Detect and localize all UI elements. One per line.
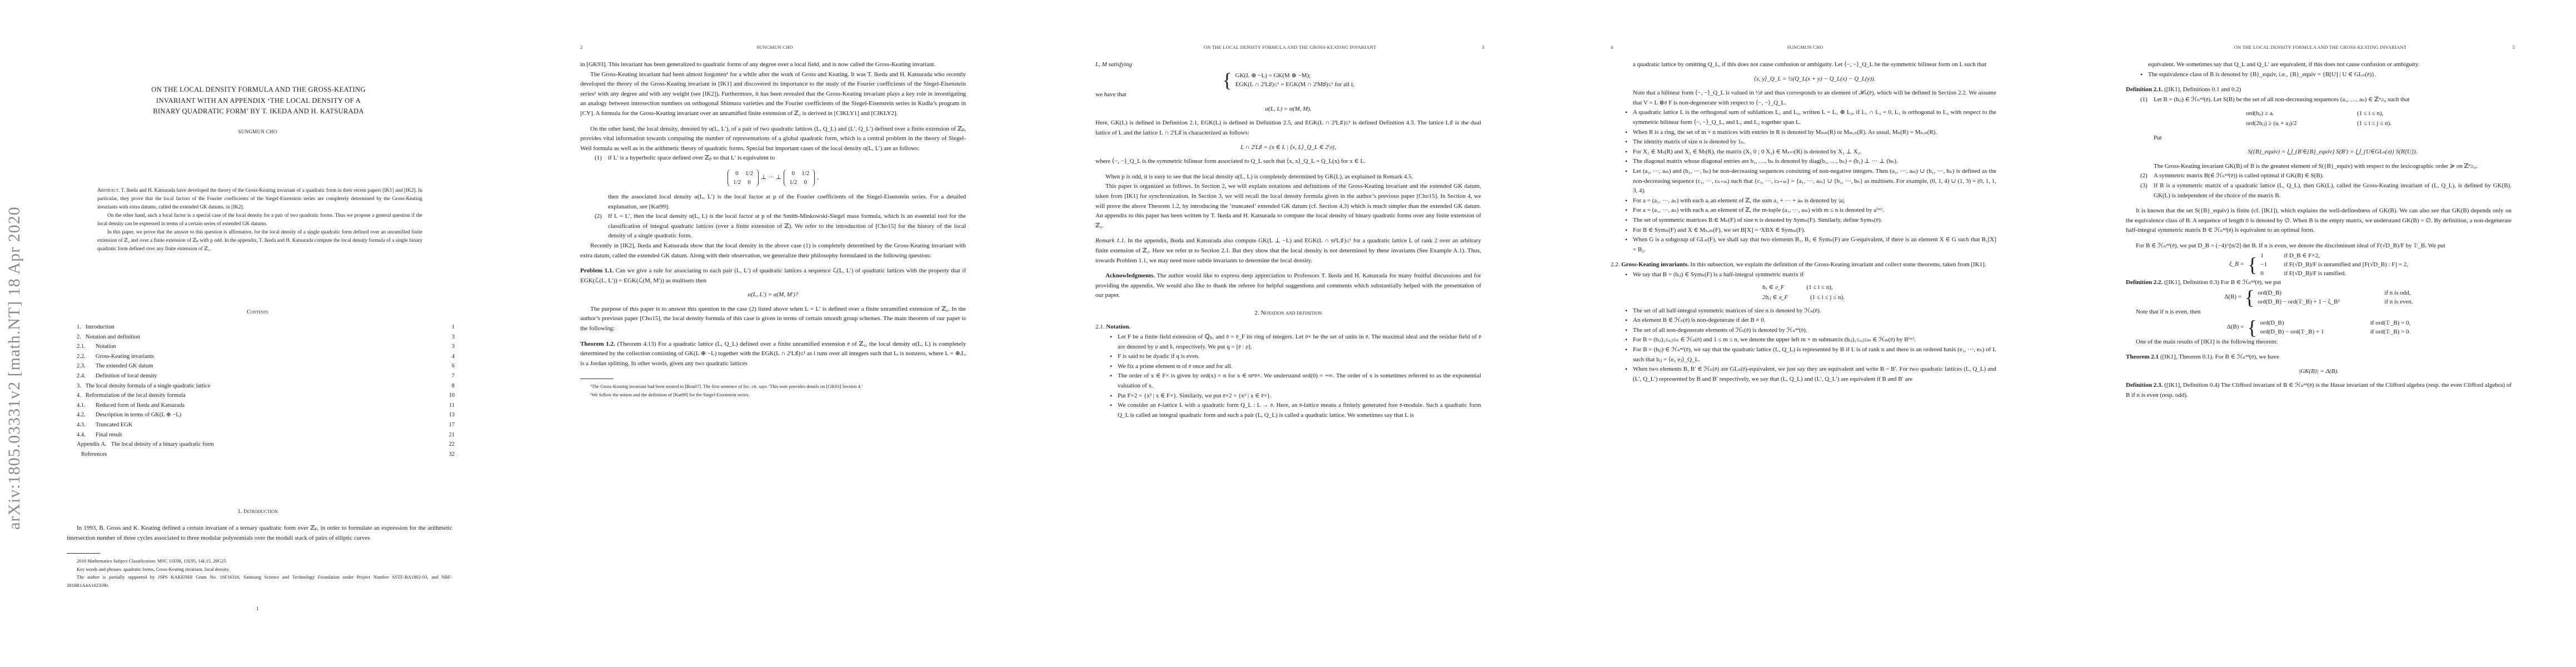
- problem-1-1: Problem 1.1. Can we give a rule for asso…: [580, 266, 966, 286]
- paper-title: ON THE LOCAL DENSITY FORMULA AND THE GRO…: [83, 84, 434, 117]
- bullet-list: Let F be a finite field extension of ℚₚ,…: [1095, 332, 1481, 420]
- abstract: Abstract. T. Ikeda and H. Katsurada have…: [97, 187, 422, 253]
- arxiv-stamp-text: arXiv:1805.03331v2 [math.NT] 18 Apr 2020: [5, 252, 24, 530]
- abstract-para: T. Ikeda and H. Katsurada have developed…: [97, 188, 422, 210]
- remark-1-1: Remark 1.1. In the appendix, Ikeda and K…: [1095, 236, 1481, 266]
- running-head-title: SUNGMUN CHO: [580, 44, 969, 50]
- section-heading-introduction: 1. Introduction: [0, 508, 515, 515]
- page-1: arXiv:1805.03331v2 [math.NT] 18 Apr 2020…: [0, 0, 515, 667]
- toc-entry[interactable]: 2.2.Gross-Keating invariants4: [77, 352, 455, 362]
- half-integral-conditions: bᵢᵢ ∈ 𝔬_F(1 ≤ i ≤ n), 2bᵢⱼ ∈ 𝔬_F(1 ≤ i ≤…: [1611, 283, 1996, 302]
- paragraph: where ⟨−, −⟩_Q_L is the symmetric biline…: [1095, 157, 1481, 167]
- bullet-item: For B ∈ Symₙ(F) and X ∈ Mₙ,ₘ(F), we set …: [1633, 226, 1996, 236]
- page-5: ON THE LOCAL DENSITY FORMULA AND THE GRO…: [2061, 0, 2576, 667]
- page-2: 2 SUNGMUN CHO in [GK93]. This invariant …: [515, 0, 1030, 667]
- bullet-item: The equivalence class of B is denoted by…: [2148, 70, 2512, 80]
- bullet-item: The set of all half-integral symmetric m…: [1633, 306, 1996, 316]
- bullet-item: The diagonal matrix whose diagonal entri…: [1633, 157, 1996, 167]
- arxiv-stamp: arXiv:1805.03331v2 [math.NT] 18 Apr 2020: [2, 106, 24, 661]
- page-body: equivalent. We sometimes say that Q_L an…: [2126, 60, 2512, 401]
- enum-item: (2)If L = L′, then the local density α(L…: [580, 212, 966, 241]
- footnotes: ¹The Gross-Keating invariant had been tr…: [580, 382, 966, 399]
- subsection-heading: 2.1. Notation.: [1095, 322, 1481, 332]
- bullet-list: The set of all half-integral symmetric m…: [1611, 306, 1996, 385]
- paragraph: One of the main results of [IK1] is the …: [2126, 337, 2512, 347]
- page-body: L, M satisfying { GK(L ⊕ −L) = GK(M ⊕ −M…: [1095, 60, 1481, 420]
- bullet-item: F is said to be dyadic if q is even.: [1118, 352, 1481, 362]
- paragraph: Note that if n is even, then: [2126, 307, 2512, 317]
- bullet-item: When R is a ring, the set of m × n matri…: [1633, 128, 1996, 138]
- paragraph: Recently in [IK2], Ikeda and Katsurada s…: [580, 241, 966, 261]
- paragraph: This paper is organized as follows. In S…: [1095, 182, 1481, 231]
- toc-entry[interactable]: Appendix A.The local density of a binary…: [77, 440, 455, 450]
- toc-entry[interactable]: 4.2.Description in terms of GK(L ⊕ −L)13: [77, 410, 455, 420]
- bullet-list: A quadratic lattice L is the orthogonal …: [1611, 108, 1996, 255]
- equation: L ∩ 2ⁱL♯ = {x ∈ L | ⟨x, L⟩_Q_L ∈ 2ⁱ𝔬},: [1095, 143, 1481, 153]
- paragraph: in [GK93]. This invariant has been gener…: [580, 60, 966, 70]
- equation: |GK(B)| = Δ(B).: [2126, 367, 2512, 377]
- paragraph: Put: [2154, 133, 2512, 143]
- footnote: ²We follow the notion and the definition…: [580, 391, 966, 399]
- bullet-item: We say that B = (bᵢⱼ) ∈ Symₙ(F) is a hal…: [1633, 270, 1996, 280]
- page-4: 4 SUNGMUN CHO a quadratic lattice by omi…: [1546, 0, 2061, 667]
- page-number: 1: [0, 606, 515, 611]
- toc-entry[interactable]: 2.4.Definition of local density7: [77, 371, 455, 381]
- bullet-item: We fix a prime element ϖ of 𝔬 once and f…: [1118, 362, 1481, 372]
- enum-item: (3)If B is a symmetric matrix of a quadr…: [2126, 181, 2512, 201]
- definition-2-2: Definition 2.2. ([IK1], Definition 0.3) …: [2126, 278, 2512, 288]
- page-body: a quadratic lattice by omitting Q_L, if …: [1611, 60, 1996, 384]
- paragraph: It is known that the set S({B}_equiv) is…: [2126, 206, 2512, 236]
- theorem-2-1: Theorem 2.1 ([IK1], Theorem 0.1). For B …: [2126, 352, 2512, 362]
- paragraph: we have that: [1095, 90, 1481, 100]
- page-3: ON THE LOCAL DENSITY FORMULA AND THE GRO…: [1030, 0, 1546, 667]
- equation: α(L, L′) = α(M, M′)?: [580, 290, 966, 300]
- bullet-item: When two elements B, B′ ∈ ℋₙ(𝔬) are GLₙ(…: [1633, 365, 1996, 384]
- bullet-item: The identity matrix of size n is denoted…: [1633, 137, 1996, 147]
- bullet-item: For B = (bᵢⱼ) ∈ ℋₙⁿᵈ(𝔬), we say that the…: [1633, 345, 1996, 365]
- bullet-item: Let (a₁, ···, aₘ) and (b₁, ···, bₙ) be n…: [1633, 167, 1996, 196]
- toc-entry[interactable]: 4.1.Reduced form of Ikeda and Katsurada1…: [77, 401, 455, 411]
- toc-entry[interactable]: References32: [77, 450, 455, 460]
- toc-entry[interactable]: 2.3.The extended GK datum6: [77, 361, 455, 371]
- footnote: The author is partially supported by JSP…: [67, 573, 452, 589]
- enum-item: (1)Let B = (bᵢⱼ) ∈ ℋₙⁿᵈ(𝔬). Let S(B) be …: [2126, 95, 2512, 105]
- subsection-2-2: 2.2. Gross-Keating invariants. In this s…: [1611, 260, 1996, 270]
- title-line: ON THE LOCAL DENSITY FORMULA AND THE GRO…: [83, 84, 434, 96]
- toc-entry[interactable]: 2.1.Notation3: [77, 342, 455, 352]
- toc-entry[interactable]: 2.Notation and definition3: [77, 332, 455, 342]
- matrix: 01/2 1/20: [784, 169, 815, 187]
- bullet-item: The set of symmetric matrices B ∈ Mₙ(F) …: [1633, 216, 1996, 226]
- bullet-item: An element B ∈ ℋₙ(𝔬) is non-degenerate i…: [1633, 316, 1996, 326]
- paragraph: equivalent. We sometimes say that Q_L an…: [2148, 60, 2512, 70]
- equation-system: { GK(L ⊕ −L) = GK(M ⊕ −M); EGK(L ∩ 2ⁱL♯)…: [1095, 70, 1481, 91]
- bullet-list: We say that B = (bᵢⱼ) ∈ Symₙ(F) is a hal…: [1611, 270, 1996, 280]
- matrix: 01/2 1/20: [728, 169, 759, 187]
- paragraph: On the other hand, the local density, de…: [580, 125, 966, 154]
- running-head: 2 SUNGMUN CHO: [580, 44, 969, 52]
- running-head: ON THE LOCAL DENSITY FORMULA AND THE GRO…: [2126, 44, 2515, 52]
- paragraph: For B ∈ ℋₙⁿᵈ(𝔬), we put D_B = (−4)^[n/2]…: [2126, 241, 2512, 251]
- hyperbolic-matrix-display: 01/2 1/20 ⊥ ··· ⊥ 01/2 1/20 ,: [580, 169, 966, 187]
- title-line: INVARIANT WITH AN APPENDIX ‘THE LOCAL DE…: [83, 96, 434, 107]
- table-of-contents: 1.Introduction1 2.Notation and definitio…: [77, 322, 455, 459]
- paragraph: The Gross-Keating invariant GK(B) of B i…: [2154, 162, 2512, 172]
- toc-entry[interactable]: 4.4.Final result21: [77, 430, 455, 440]
- paragraph: The purpose of this paper is to answer t…: [580, 305, 966, 334]
- introduction-body: In 1993, B. Gross and K. Keating defined…: [67, 524, 452, 590]
- bullet-item: The set of all non-degenerate elements o…: [1633, 326, 1996, 336]
- xi-cases: ξ_B ={ 1if D_B ∈ F×2, −1if F(√D_B)/F is …: [2126, 251, 2512, 278]
- toc-entry[interactable]: 1.Introduction1: [77, 322, 455, 332]
- footnotes: 2010 Mathematics Subject Classification.…: [67, 557, 452, 589]
- title-line: BINARY QUADRATIC FORM’ BY T. IKEDA AND H…: [83, 106, 434, 117]
- contents-heading: Contents: [0, 309, 515, 315]
- bullet-item: We consider an 𝔬-lattice L with a quadra…: [1118, 401, 1481, 420]
- equation: S({B}_equiv) = ⋃_{B′∈{B}_equiv} S(B′) = …: [2154, 147, 2512, 157]
- author: SUNGMUN CHO: [0, 129, 515, 135]
- bullet-item: Let F be a finite field extension of ℚₚ,…: [1118, 332, 1481, 352]
- running-head-title: ON THE LOCAL DENSITY FORMULA AND THE GRO…: [1095, 44, 1484, 50]
- abstract-label: Abstract.: [97, 188, 120, 193]
- bullet-item: For X₁ ∈ Mₛ(R) and X₂ ∈ Mₜ(R), the matri…: [1633, 147, 1996, 157]
- paragraph: a quadratic lattice by omitting Q_L, if …: [1633, 60, 1996, 70]
- bullet-item: For B = (bᵢⱼ)₁≤ᵢ,ⱼ≤ₙ ∈ ℋₙ(𝔬) and 1 ≤ m ≤…: [1633, 335, 1996, 345]
- footnote-rule: [580, 379, 614, 379]
- footnote: Key words and phrases. quadratic forms, …: [67, 565, 452, 574]
- paragraph: When p is odd, it is easy to see that th…: [1095, 172, 1481, 182]
- bullet-item: A quadratic lattice L is the orthogonal …: [1633, 108, 1996, 127]
- definition-2-3: Definition 2.3. ([IK1], Definition 0.4) …: [2126, 381, 2512, 400]
- abstract-para: On the other hand, such a local factor i…: [97, 212, 422, 228]
- paper-pages-strip: arXiv:1805.03331v2 [math.NT] 18 Apr 2020…: [0, 0, 2576, 667]
- enum-item-cont: then the associated local density α(L, L…: [580, 192, 966, 212]
- equation: ⟨x, y⟩_Q_L = ½(Q_L(x + y) − Q_L(x) − Q_L…: [1633, 74, 1996, 84]
- page-body: in [GK93]. This invariant has been gener…: [580, 60, 966, 399]
- bullet-item: When G is a subgroup of GLₙ(F), we shall…: [1633, 235, 1996, 255]
- ord-conditions: ord(bᵢᵢ) ≥ aᵢ(1 ≤ i ≤ n), ord(2bᵢⱼ) ≥ (a…: [2126, 109, 2512, 128]
- delta-cases-even: Δ(B) ={ ord(D_B)if ord(𝔇_B) = 0, ord(D_B…: [2126, 317, 2512, 337]
- bullet-list: The equivalence class of B is denoted by…: [2126, 70, 2512, 80]
- theorem-1-2: Theorem 1.2. (Theorem 4.13) For a quadra…: [580, 340, 966, 369]
- bullet-item: For a = (a₁, ···, aₙ) with each aᵢ an el…: [1633, 196, 1996, 206]
- enum-item: (2)A symmetric matrix B(∈ ℋₙⁿᵈ(𝔬)) is ca…: [2126, 171, 2512, 181]
- bullet-item: The order of x ∈ F× is given by ord(x) =…: [1118, 371, 1481, 391]
- paragraph: L, M satisfying: [1095, 60, 1481, 70]
- section-heading: 2. Notation and definition: [1095, 308, 1481, 318]
- abstract-para: In this paper, we prove that the answer …: [97, 228, 422, 253]
- bullet-item: Put F×2 = {x² | x ∈ F×}. Similarly, we p…: [1118, 391, 1481, 401]
- equation: α(L, L) = α(M, M).: [1095, 104, 1481, 115]
- footnote: ¹The Gross-Keating invariant had been tr…: [580, 382, 966, 391]
- running-head-title: SUNGMUN CHO: [1611, 44, 2000, 50]
- toc-entry[interactable]: 4.Reformulation of the local density for…: [77, 391, 455, 401]
- page-number: 3: [1482, 44, 1484, 50]
- running-head: 4 SUNGMUN CHO: [1611, 44, 2000, 52]
- delta-cases: Δ(B) ={ ord(D_B)if n is odd, ord(D_B) − …: [2126, 287, 2512, 307]
- definition-2-1: Definition 2.1. ([IK1], Definitions 0.1 …: [2126, 85, 2512, 95]
- paragraph: The Gross-Keating invariant had been alm…: [580, 70, 966, 119]
- toc-entry[interactable]: 3.The local density formula of a single …: [77, 381, 455, 391]
- enum-item: (1)if L′ is a hyperbolic space defined o…: [580, 153, 966, 163]
- footnote-rule: [67, 553, 100, 554]
- footnote: 2010 Mathematics Subject Classification.…: [67, 557, 452, 565]
- paragraph: Note that a bilinear form ⟨−, −⟩_Q_L is …: [1633, 88, 1996, 108]
- page-number: 5: [2513, 44, 2515, 50]
- paragraph: Here, GK(L) is defined in Definition 2.1…: [1095, 118, 1481, 138]
- running-head-title: ON THE LOCAL DENSITY FORMULA AND THE GRO…: [2126, 44, 2515, 50]
- acknowledgments: Acknowledgments. The author would like t…: [1095, 271, 1481, 301]
- running-head: ON THE LOCAL DENSITY FORMULA AND THE GRO…: [1095, 44, 1484, 52]
- bullet-item: For a = (a₁, ···, aₙ) with each aᵢ an el…: [1633, 206, 1996, 216]
- toc-entry[interactable]: 4.3.Truncated EGK17: [77, 420, 455, 430]
- intro-paragraph: In 1993, B. Gross and K. Keating defined…: [67, 524, 452, 543]
